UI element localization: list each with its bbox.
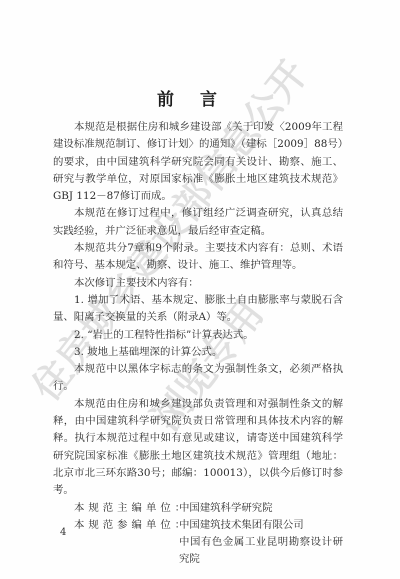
chief-unit-label: 本规范主编单位： xyxy=(53,500,179,517)
participating-units-label: 本规范参编单位： xyxy=(53,517,179,569)
paragraph-basis: 本规范是根据住房和城乡建设部《关于印发〈2009年工程建设标准规范制订、修订计划… xyxy=(53,119,343,205)
paragraph-revision-2: 2. “岩土的工程特性指标”计算表达式。 xyxy=(53,327,343,344)
editing-units: 本规范主编单位： 中国建筑科学研究院 本规范参编单位： 中国建筑技术集团有限公司… xyxy=(53,500,343,569)
page-number: 4 xyxy=(60,527,66,538)
participating-units-row: 本规范参编单位： 中国建筑技术集团有限公司 中国有色金属工业昆明勘察设计研究院 xyxy=(53,517,343,569)
paragraph-revision-1: 1. 增加了术语、基本规定、膨胀土自由膨胀率与蒙脱石含量、阳离子交换量的关系（附… xyxy=(53,292,343,327)
participating-unit: 中国建筑技术集团有限公司 xyxy=(179,517,343,534)
paragraph-process: 本规范在修订过程中，修订组经广泛调查研究，认真总结实践经验，并广泛征求意见，最后… xyxy=(53,205,343,240)
chief-unit: 中国建筑科学研究院 xyxy=(179,500,343,517)
paragraph-management: 本规范由住房和城乡建设部负责管理和对强制性条文的解释，由中国建筑科学研究院负责日… xyxy=(53,396,343,500)
paragraph-revision-3: 3. 坡地上基础埋深的计算公式。 xyxy=(53,344,343,361)
participating-unit: 中国有色金属工业昆明勘察设计研究院 xyxy=(179,534,343,569)
preface-body: 本规范是根据住房和城乡建设部《关于印发〈2009年工程建设标准规范制订、修订计划… xyxy=(53,119,343,569)
paragraph-mandatory: 本规范中以黑体字标志的条文为强制性条文，必须严格执行。 xyxy=(53,361,343,396)
paragraph-contents: 本规范共分7章和9个附录。主要技术内容有：总则、术语和符号、基本规定、勘察、设计… xyxy=(53,240,343,275)
paragraph-revision-intro: 本次修订主要技术内容有： xyxy=(53,275,343,292)
document-page: 前言 本规范是根据住房和城乡建设部《关于印发〈2009年工程建设标准规范制订、修… xyxy=(0,0,400,579)
chief-unit-row: 本规范主编单位： 中国建筑科学研究院 xyxy=(53,500,343,517)
page-title: 前言 xyxy=(0,85,400,110)
